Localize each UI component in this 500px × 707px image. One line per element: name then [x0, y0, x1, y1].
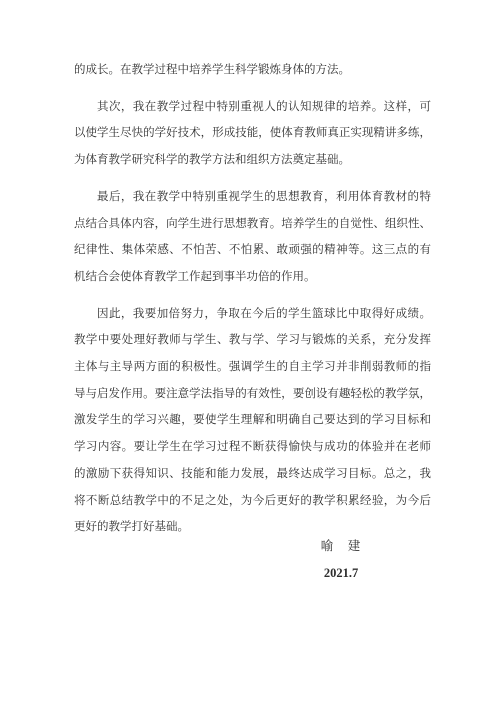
text-line: 以使学生尽快的学好技术，形成技能，使体育教师真正实现精讲多练， — [74, 120, 431, 147]
text-line: 教学中要处理好教师与学生、教与学、学习与锻炼的关系，充分发挥 — [74, 327, 431, 354]
text-line: 因此，我要加倍努力，争取在今后的学生篮球比中取得好成绩。 — [74, 301, 431, 328]
text-line: 将不断总结教学中的不足之处，为今后更好的教学积累经验，为今后 — [74, 488, 431, 515]
document-page: 的成长。在教学过程中培养学生科学锻炼身体的方法。其次，我在教学过程中特别重视人的… — [0, 0, 500, 707]
text-line: 纪律性、集体荣感、不怕苦、不怕累、敢顽强的精神等。这三点的有 — [74, 237, 431, 264]
paragraph: 的成长。在教学过程中培养学生科学锻炼身体的方法。 — [74, 57, 431, 84]
text-line: 点结合具体内容，向学生进行思想教育。培养学生的自觉性、组织性、 — [74, 211, 431, 238]
text-line: 为体育教学研究科学的教学方法和组织方法奠定基础。 — [74, 147, 431, 174]
signature-name: 喻 建 — [266, 533, 416, 560]
text-line: 机结合会使体育教学工作起到事半功倍的作用。 — [74, 264, 431, 291]
paragraph: 最后，我在教学中特别重视学生的思想教育，利用体育教材的特点结合具体内容，向学生进… — [74, 184, 431, 291]
signature-date: 2021.7 — [266, 560, 416, 587]
document-body: 的成长。在教学过程中培养学生科学锻炼身体的方法。其次，我在教学过程中特别重视人的… — [74, 57, 431, 541]
paragraph: 其次，我在教学过程中特别重视人的认知规律的培养。这样，可以使学生尽快的学好技术，… — [74, 94, 431, 174]
text-line: 的激励下获得知识、技能和能力发展，最终达成学习目标。总之，我 — [74, 461, 431, 488]
text-line: 最后，我在教学中特别重视学生的思想教育，利用体育教材的特 — [74, 184, 431, 211]
paragraph: 因此，我要加倍努力，争取在今后的学生篮球比中取得好成绩。教学中要处理好教师与学生… — [74, 301, 431, 541]
text-line: 激发学生的学习兴趣，要使学生理解和明确自己要达到的学习目标和 — [74, 407, 431, 434]
text-line: 的成长。在教学过程中培养学生科学锻炼身体的方法。 — [74, 57, 431, 84]
signature-block: 喻 建 2021.7 — [266, 533, 416, 586]
text-line: 导与启发作用。要注意学法指导的有效性，要创设有趣轻松的教学氛， — [74, 381, 431, 408]
text-line: 学习内容。要让学生在学习过程不断获得愉快与成功的体验并在老师 — [74, 434, 431, 461]
text-line: 主体与主导两方面的积极性。强调学生的自主学习并非削弱教师的指 — [74, 354, 431, 381]
text-line: 其次，我在教学过程中特别重视人的认知规律的培养。这样，可 — [74, 94, 431, 121]
